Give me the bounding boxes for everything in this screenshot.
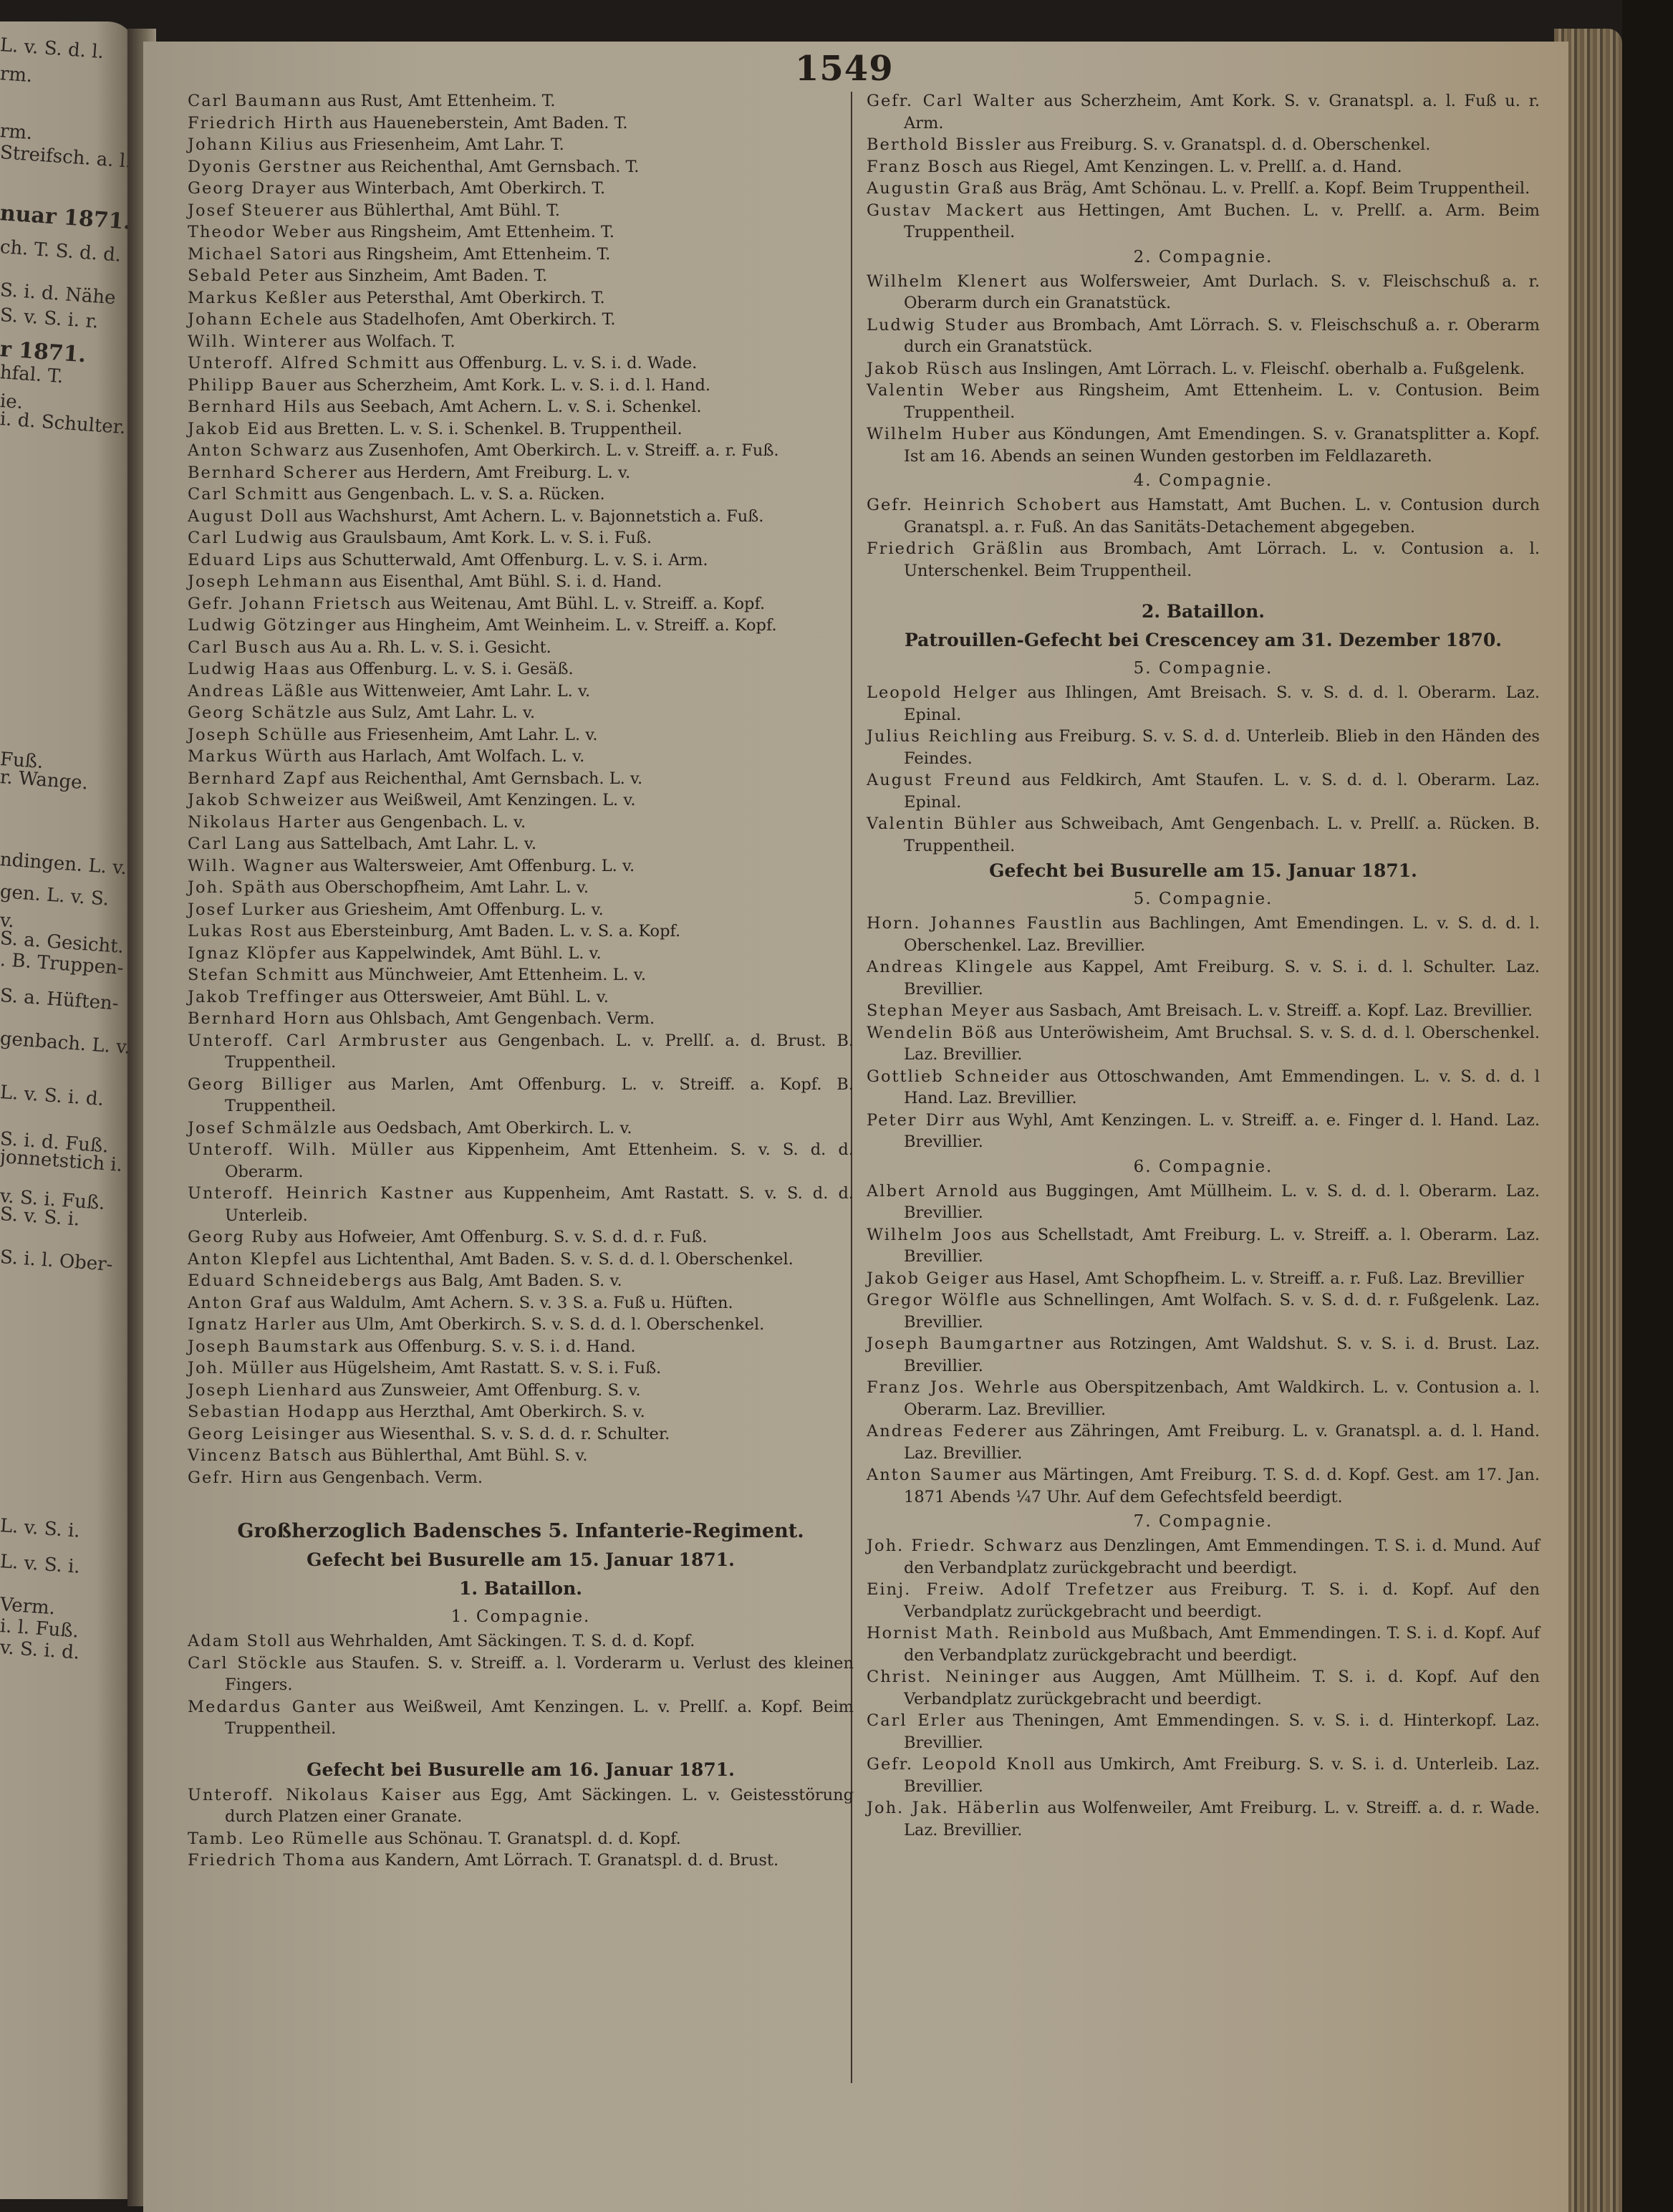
casualty-details: aus Sinzheim, Amt Baden. T. — [314, 266, 547, 285]
casualty-details: aus Unteröwisheim, Amt Bruchsal. S. v. S… — [904, 1024, 1540, 1064]
left-page-text-fragment: L. v. S. i. — [0, 1551, 81, 1578]
casualty-entry: Hornist Math. Reinbold aus Mußbach, Amt … — [867, 1622, 1540, 1666]
casualty-details: aus Ringsheim, Amt Ettenheim. T. — [337, 223, 614, 241]
casualty-entry: Lukas Rost aus Ebersteinburg, Amt Baden.… — [188, 920, 854, 943]
left-page-text-fragment: ch. T. S. d. d. — [0, 236, 122, 266]
casualty-list: Gefr. Heinrich Schobert aus Hamstatt, Am… — [867, 494, 1540, 582]
casualty-entry: Friedrich Thoma aus Kandern, Amt Lörrach… — [188, 1850, 854, 1872]
casualty-entry: Eduard Lips aus Schutterwald, Amt Offenb… — [188, 549, 854, 572]
casualty-details: aus Bretten. L. v. S. i. Schenkel. B. Tr… — [284, 420, 682, 438]
soldier-name: Friedrich Thoma — [188, 1851, 346, 1870]
casualty-list: Albert Arnold aus Buggingen, Amt Müllhei… — [867, 1180, 1540, 1509]
casualty-details: aus Gengenbach. Verm. — [289, 1468, 483, 1487]
casualty-entry: Unteroff. Heinrich Kastner aus Kuppenhei… — [188, 1183, 854, 1226]
casualty-entry: Philipp Bauer aus Scherzheim, Amt Kork. … — [188, 375, 854, 397]
casualty-details: aus Reichenthal, Amt Gernsbach. T. — [347, 158, 639, 176]
casualty-entry: Ignaz Klöpfer aus Kappelwindek, Amt Bühl… — [188, 943, 854, 965]
soldier-name: Sebastian Hodapp — [188, 1403, 360, 1421]
soldier-name: Georg Billiger — [188, 1075, 333, 1094]
soldier-name: Gregor Wölfle — [867, 1291, 1001, 1309]
casualty-details: aus Reichenthal, Amt Gernsbach. L. v. — [331, 769, 642, 788]
soldier-name: Joseph Lienhard — [188, 1381, 342, 1400]
casualty-entry: Anton Schwarz aus Zusenhofen, Amt Oberki… — [188, 440, 854, 462]
soldier-name: Gefr. Hirn — [188, 1468, 284, 1487]
casualty-details: aus Winterbach, Amt Oberkirch. T. — [322, 179, 605, 198]
casualty-entry: Josef Steuerer aus Bühlerthal, Amt Bühl.… — [188, 200, 854, 222]
casualty-entry: Ludwig Haas aus Offenburg. L. v. S. i. G… — [188, 658, 854, 681]
soldier-name: Unteroff. Heinrich Kastner — [188, 1184, 454, 1203]
soldier-name: Jakob Treffinger — [188, 988, 344, 1006]
soldier-name: Carl Lang — [188, 835, 281, 853]
casualty-details: aus Sasbach, Amt Breisach. L. v. Streiff… — [1016, 1001, 1533, 1020]
casualty-entry: Vincenz Batsch aus Bühlerthal, Amt Bühl.… — [188, 1445, 854, 1467]
soldier-name: Adam Stoll — [188, 1632, 291, 1650]
soldier-name: Horn. Johannes Faustlin — [867, 914, 1104, 933]
casualty-details: aus Rust, Amt Ettenheim. T. — [327, 92, 556, 110]
soldier-name: Friedrich Gräßlin — [867, 539, 1044, 558]
soldier-name: Gottlieb Schneider — [867, 1067, 1051, 1086]
casualty-entry: Anton Klepfel aus Lichtenthal, Amt Baden… — [188, 1249, 854, 1271]
soldier-name: Johann Kilius — [188, 135, 314, 154]
casualty-list: Adam Stoll aus Wehrhalden, Amt Säckingen… — [188, 1630, 854, 1740]
soldier-name: Joh. Friedr. Schwarz — [867, 1537, 1064, 1555]
left-page-text-fragment: nuar 1871. — [0, 201, 132, 235]
casualty-entry: Gefr. Johann Frietsch aus Weitenau, Amt … — [188, 593, 854, 615]
soldier-name: Gefr. Heinrich Schobert — [867, 496, 1102, 514]
casualty-entry: Unteroff. Carl Armbruster aus Gengenbach… — [188, 1030, 854, 1074]
left-page-text-fragment: L. v. S. d. l. — [0, 34, 105, 63]
soldier-name: Gustav Mackert — [867, 201, 1025, 220]
casualty-details: aus Au a. Rh. L. v. S. i. Gesicht. — [297, 638, 551, 657]
casualty-details: aus Wittenweier, Amt Lahr. L. v. — [329, 682, 590, 701]
casualty-entry: Gustav Mackert aus Hettingen, Amt Buchen… — [867, 200, 1540, 244]
casualty-entry: Stefan Schmitt aus Münchweier, Amt Etten… — [188, 964, 854, 986]
battle-heading: Patrouillen-Gefecht bei Crescencey am 31… — [867, 626, 1540, 655]
soldier-name: Wilh. Winterer — [188, 332, 328, 351]
casualty-entry: Joh. Friedr. Schwarz aus Denzlingen, Amt… — [867, 1535, 1540, 1579]
casualty-entry: Georg Schätzle aus Sulz, Amt Lahr. L. v. — [188, 702, 854, 724]
casualty-details: aus Inslingen, Amt Lörrach. L. v. Fleisc… — [988, 360, 1525, 378]
casualty-entry: Unteroff. Alfred Schmitt aus Offenburg. … — [188, 352, 854, 375]
casualty-entry: Joh. Müller aus Hügelsheim, Amt Rastatt.… — [188, 1357, 854, 1380]
casualty-entry: Josef Lurker aus Griesheim, Amt Offenbur… — [188, 899, 854, 921]
soldier-name: August Freund — [867, 771, 1012, 789]
casualty-details: aus Wolfach. T. — [333, 332, 455, 351]
casualty-entry: Sebastian Hodapp aus Herzthal, Amt Oberk… — [188, 1401, 854, 1423]
soldier-name: Theodor Weber — [188, 223, 332, 241]
casualty-details: aus Buggingen, Amt Müllheim. L. v. S. d.… — [904, 1182, 1540, 1223]
soldier-name: Johann Echele — [188, 310, 324, 329]
soldier-name: Joseph Baumgartner — [867, 1335, 1064, 1353]
casualty-entry: Bernhard Horn aus Ohlsbach, Amt Gengenba… — [188, 1008, 854, 1030]
soldier-name: Georg Schätzle — [188, 703, 332, 722]
casualty-entry: Eduard Schneidebergs aus Balg, Amt Baden… — [188, 1270, 854, 1292]
soldier-name: Bernhard Horn — [188, 1009, 331, 1028]
soldier-name: Joseph Baumstark — [188, 1337, 360, 1356]
soldier-name: Gefr. Johann Frietsch — [188, 595, 392, 613]
soldier-name: Joseph Schülle — [188, 726, 328, 744]
soldier-name: Jakob Rüsch — [867, 360, 983, 378]
casualty-entry: Wilhelm Klenert aus Wolfersweier, Amt Du… — [867, 271, 1540, 314]
casualty-list: Leopold Helger aus Ihlingen, Amt Breisac… — [867, 682, 1540, 857]
soldier-name: Carl Stöckle — [188, 1654, 308, 1673]
soldier-name: Gefr. Carl Walter — [867, 92, 1036, 110]
book-scan-scene: L. v. S. d. l.rm.rm.Streifsch. a. l.nuar… — [0, 0, 1673, 2212]
soldier-name: Stefan Schmitt — [188, 966, 329, 984]
casualty-entry: Tamb. Leo Rümelle aus Schönau. T. Granat… — [188, 1828, 854, 1850]
casualty-entry: Horn. Johannes Faustlin aus Bachlingen, … — [867, 913, 1540, 956]
soldier-name: Jakob Eid — [188, 420, 279, 438]
casualty-entry: Jakob Eid aus Bretten. L. v. S. i. Schen… — [188, 418, 854, 441]
soldier-name: Bernhard Scherer — [188, 463, 358, 482]
casualty-entry: Carl Lang aus Sattelbach, Amt Lahr. L. v… — [188, 833, 854, 855]
casualty-list: Joh. Friedr. Schwarz aus Denzlingen, Amt… — [867, 1535, 1540, 1841]
company-heading: 5. Compagnie. — [867, 885, 1540, 913]
soldier-name: Andreas Klingele — [867, 958, 1034, 976]
casualty-entry: Gefr. Hirn aus Gengenbach. Verm. — [188, 1467, 854, 1489]
casualty-details: aus Ottersweier, Amt Bühl. L. v. — [349, 988, 609, 1006]
page-number: 1549 — [795, 49, 894, 89]
casualty-entry: Bernhard Hils aus Seebach, Amt Achern. L… — [188, 396, 854, 418]
casualty-entry: Leopold Helger aus Ihlingen, Amt Breisac… — [867, 682, 1540, 726]
casualty-entry: Ludwig Studer aus Brombach, Amt Lörrach.… — [867, 314, 1540, 358]
soldier-name: Bernhard Zapf — [188, 769, 326, 788]
document-page: 1549 Carl Baumann aus Rust, Amt Ettenhei… — [143, 42, 1568, 2212]
company-heading: 1. Compagnie. — [188, 1603, 854, 1630]
casualty-details: aus Wehrhalden, Amt Säckingen. T. S. d. … — [296, 1632, 695, 1650]
casualty-entry: Anton Graf aus Waldulm, Amt Achern. S. v… — [188, 1292, 854, 1314]
soldier-name: Ignatz Harler — [188, 1315, 317, 1334]
casualty-entry: Franz Jos. Wehrle aus Oberspitzenbach, A… — [867, 1377, 1540, 1420]
casualty-entry: Joh. Jak. Häberlin aus Wolfenweiler, Amt… — [867, 1797, 1540, 1841]
casualty-details: aus Offenburg. L. v. S. i. d. Wade. — [425, 354, 697, 372]
casualty-entry: Unteroff. Wilh. Müller aus Kippenheim, A… — [188, 1139, 854, 1183]
soldier-name: Wilhelm Huber — [867, 425, 1011, 443]
casualty-entry: Wilhelm Joos aus Schellstadt, Amt Freibu… — [867, 1224, 1540, 1268]
casualty-details: aus Staufen. S. v. Streiff. a. l. Vorder… — [225, 1654, 854, 1695]
casualty-entry: Wilh. Wagner aus Waltersweier, Amt Offen… — [188, 855, 854, 877]
soldier-name: Einj. Freiw. Adolf Trefetzer — [867, 1580, 1154, 1599]
casualty-details: aus Offenburg. L. v. S. i. Gesäß. — [316, 660, 574, 678]
soldier-name: Joh. Jak. Häberlin — [867, 1799, 1041, 1817]
soldier-name: Albert Arnold — [867, 1182, 1000, 1201]
soldier-name: Wilhelm Joos — [867, 1226, 993, 1244]
casualty-details: aus Ebersteinburg, Amt Baden. L. v. S. a… — [297, 922, 680, 941]
casualty-details: aus Theningen, Amt Emmendingen. S. v. S.… — [904, 1711, 1540, 1752]
soldier-name: Markus Würth — [188, 747, 323, 766]
casualty-entry: Georg Billiger aus Marlen, Amt Offenburg… — [188, 1074, 854, 1117]
company-heading: 6. Compagnie. — [867, 1153, 1540, 1180]
casualty-entry: Bernhard Scherer aus Herdern, Amt Freibu… — [188, 462, 854, 484]
left-page-text-fragment: ndingen. L. v. — [0, 849, 127, 879]
soldier-name: Georg Leisinger — [188, 1425, 341, 1443]
casualty-entry: Medardus Ganter aus Weißweil, Amt Kenzin… — [188, 1696, 854, 1740]
right-column: Gefr. Carl Walter aus Scherzheim, Amt Ko… — [867, 90, 1540, 1841]
casualty-list: Horn. Johannes Faustlin aus Bachlingen, … — [867, 913, 1540, 1153]
soldier-name: Bernhard Hils — [188, 398, 322, 416]
casualty-details: aus Kandern, Amt Lörrach. T. Granatspl. … — [351, 1851, 778, 1870]
casualty-entry: Unteroff. Nikolaus Kaiser aus Egg, Amt S… — [188, 1784, 854, 1828]
casualty-entry: Wilhelm Huber aus Köndungen, Amt Emendin… — [867, 423, 1540, 467]
book-cover-edge — [1622, 0, 1673, 2212]
left-page-text-fragment: Streifsch. a. l. — [0, 142, 132, 173]
soldier-name: Georg Ruby — [188, 1228, 299, 1246]
soldier-name: Ludwig Götzinger — [188, 616, 357, 635]
soldier-name: Medardus Ganter — [188, 1698, 357, 1716]
casualty-details: aus Sulz, Amt Lahr. L. v. — [338, 703, 536, 722]
casualty-details: aus Oberschopfheim, Amt Lahr. L. v. — [291, 878, 589, 897]
casualty-entry: Michael Satori aus Ringsheim, Amt Ettenh… — [188, 244, 854, 266]
casualty-entry: Friedrich Hirth aus Haueneberstein, Amt … — [188, 112, 854, 135]
casualty-entry: Albert Arnold aus Buggingen, Amt Müllhei… — [867, 1180, 1540, 1224]
casualty-details: aus Friesenheim, Amt Lahr. T. — [319, 135, 564, 154]
soldier-name: Unteroff. Wilh. Müller — [188, 1140, 414, 1159]
casualty-entry: Gefr. Carl Walter aus Scherzheim, Amt Ko… — [867, 90, 1540, 134]
soldier-name: Carl Erler — [867, 1711, 967, 1730]
casualty-entry: Markus Würth aus Harlach, Amt Wolfach. L… — [188, 746, 854, 768]
casualty-entry: Jakob Treffinger aus Ottersweier, Amt Bü… — [188, 986, 854, 1009]
casualty-entry: Joseph Baumstark aus Offenburg. S. v. S.… — [188, 1336, 854, 1358]
soldier-name: Vincenz Batsch — [188, 1446, 333, 1465]
left-page-text-fragment: gen. L. v. S. — [0, 881, 110, 910]
soldier-name: Carl Busch — [188, 638, 291, 657]
left-page-text-fragment: rm. — [0, 63, 33, 87]
casualty-details: aus Herdern, Amt Freiburg. L. v. — [363, 463, 630, 482]
soldier-name: Tamb. Leo Rümelle — [188, 1829, 369, 1848]
soldier-name: Unteroff. Alfred Schmitt — [188, 354, 420, 372]
left-page-text-fragment: L. v. S. i. — [0, 1515, 81, 1542]
casualty-details: aus Riegel, Amt Kenzingen. L. v. Prellſ.… — [989, 158, 1402, 176]
casualty-entry: Valentin Weber aus Ringsheim, Amt Ettenh… — [867, 380, 1540, 423]
soldier-name: Nikolaus Harter — [188, 813, 342, 832]
casualty-entry: Einj. Freiw. Adolf Trefetzer aus Freibur… — [867, 1579, 1540, 1622]
casualty-entry: Berthold Bissler aus Freiburg. S. v. Gra… — [867, 134, 1540, 156]
soldier-name: Wilh. Wagner — [188, 857, 314, 875]
casualty-details: aus Münchweier, Amt Ettenheim. L. v. — [334, 966, 646, 984]
casualty-list: Gefr. Carl Walter aus Scherzheim, Amt Ko… — [867, 90, 1540, 244]
soldier-name: Eduard Schneidebergs — [188, 1271, 403, 1290]
casualty-details: aus Offenburg. S. v. S. i. d. Hand. — [365, 1337, 636, 1356]
left-page-text-fragment: jonnetstich i. d. — [0, 1146, 136, 1178]
soldier-name: Carl Ludwig — [188, 529, 304, 547]
casualty-details: aus Waltersweier, Amt Offenburg. L. v. — [320, 857, 635, 875]
soldier-name: Joh. Späth — [188, 878, 286, 897]
company-heading: 2. Compagnie. — [867, 244, 1540, 271]
regiment-heading: Großherzoglich Badensches 5. Infanterie-… — [188, 1517, 854, 1546]
left-page-text-fragment: r. Wange. — [0, 766, 89, 794]
casualty-details: aus Weißweil, Amt Kenzingen. L. v. — [350, 791, 636, 809]
previous-page-edge: L. v. S. d. l.rm.rm.Streifsch. a. l.nuar… — [0, 21, 136, 2199]
casualty-entry: Jakob Schweizer aus Weißweil, Amt Kenzin… — [188, 789, 854, 812]
soldier-name: Georg Drayer — [188, 179, 317, 198]
casualty-details: aus Gengenbach. L. v. — [347, 813, 526, 832]
casualty-entry: Andreas Läßle aus Wittenweier, Amt Lahr.… — [188, 681, 854, 703]
casualty-list: Carl Baumann aus Rust, Amt Ettenheim. T.… — [188, 90, 854, 1489]
soldier-name: Carl Baumann — [188, 92, 322, 110]
casualty-details: aus Freiburg. S. v. Granatspl. d. d. Obe… — [1027, 135, 1431, 154]
casualty-details: aus Friesenheim, Amt Lahr. L. v. — [333, 726, 597, 744]
casualty-details: aus Zusenhofen, Amt Oberkirch. L. v. Str… — [335, 441, 779, 460]
casualty-details: aus Graulsbaum, Amt Kork. L. v. S. i. Fu… — [309, 529, 652, 547]
soldier-name: Valentin Weber — [867, 381, 1021, 400]
soldier-name: Anton Graf — [188, 1294, 291, 1312]
left-page-text-fragment: S. a. Hüften- — [0, 985, 120, 1014]
soldier-name: Joseph Lehmann — [188, 572, 344, 591]
soldier-name: Anton Saumer — [867, 1466, 1002, 1484]
casualty-details: aus Balg, Amt Baden. S. v. — [408, 1271, 622, 1290]
casualty-entry: Joseph Lienhard aus Zunsweier, Amt Offen… — [188, 1380, 854, 1402]
soldier-name: Augustin Graß — [867, 179, 1004, 198]
casualty-entry: Jakob Rüsch aus Inslingen, Amt Lörrach. … — [867, 358, 1540, 380]
battle-heading: Gefecht bei Busurelle am 16. Januar 1871… — [188, 1756, 854, 1784]
soldier-name: Franz Jos. Wehrle — [867, 1378, 1041, 1397]
casualty-details: aus Ulm, Amt Oberkirch. S. v. S. d. d. l… — [322, 1315, 764, 1334]
casualty-entry: Carl Schmitt aus Gengenbach. L. v. S. a.… — [188, 484, 854, 506]
casualty-entry: Anton Saumer aus Märtingen, Amt Freiburg… — [867, 1464, 1540, 1508]
soldier-name: Ignaz Klöpfer — [188, 944, 317, 963]
casualty-details: aus Petersthal, Amt Oberkirch. T. — [333, 289, 605, 307]
company-heading: 4. Compagnie. — [867, 467, 1540, 494]
soldier-name: Andreas Läßle — [188, 682, 324, 701]
casualty-entry: August Doll aus Wachshurst, Amt Achern. … — [188, 506, 854, 528]
casualty-entry: Dyonis Gerstner aus Reichenthal, Amt Ger… — [188, 156, 854, 178]
casualty-entry: Friedrich Gräßlin aus Brombach, Amt Lörr… — [867, 538, 1540, 582]
soldier-name: Julius Reichling — [867, 727, 1018, 746]
soldier-name: Carl Schmitt — [188, 485, 309, 504]
casualty-entry: Georg Drayer aus Winterbach, Amt Oberkir… — [188, 178, 854, 200]
soldier-name: Unteroff. Nikolaus Kaiser — [188, 1786, 442, 1804]
casualty-entry: Nikolaus Harter aus Gengenbach. L. v. — [188, 812, 854, 834]
left-page-text-fragment: L. v. S. i. d. — [0, 1082, 105, 1110]
casualty-details: aus Bühlerthal, Amt Bühl. T. — [329, 201, 559, 220]
soldier-name: Valentin Bühler — [867, 814, 1018, 833]
left-page-text-fragment: v. S. i. d. — [0, 1637, 80, 1664]
casualty-details: aus Waldulm, Amt Achern. S. v. 3 S. a. F… — [297, 1294, 733, 1312]
soldier-name: Wilhelm Klenert — [867, 272, 1028, 291]
left-page-text-fragment: hfal. T. — [0, 362, 64, 388]
casualty-entry: Gefr. Heinrich Schobert aus Hamstatt, Am… — [867, 494, 1540, 538]
casualty-entry: Theodor Weber aus Ringsheim, Amt Ettenhe… — [188, 221, 854, 244]
casualty-entry: Johann Echele aus Stadelhofen, Amt Oberk… — [188, 309, 854, 331]
soldier-name: Philipp Bauer — [188, 376, 318, 395]
soldier-name: Wendelin Böß — [867, 1024, 998, 1042]
soldier-name: Ludwig Studer — [867, 316, 1009, 335]
soldier-name: Lukas Rost — [188, 922, 292, 941]
company-heading: 5. Compagnie. — [867, 655, 1540, 682]
soldier-name: Josef Steuerer — [188, 201, 324, 220]
casualty-details: aus Seebach, Amt Achern. L. v. S. i. Sch… — [327, 398, 701, 416]
casualty-details: aus Bühlerthal, Amt Bühl. S. v. — [338, 1446, 588, 1465]
casualty-details: aus Griesheim, Amt Offenburg. L. v. — [311, 900, 604, 919]
casualty-entry: Markus Keßler aus Petersthal, Amt Oberki… — [188, 287, 854, 309]
casualty-details: aus Hügelsheim, Amt Rastatt. S. v. S. i.… — [300, 1359, 662, 1377]
casualty-entry: Stephan Meyer aus Sasbach, Amt Breisach.… — [867, 1000, 1540, 1022]
casualty-entry: Carl Stöckle aus Staufen. S. v. Streiff.… — [188, 1653, 854, 1696]
casualty-entry: Ludwig Götzinger aus Hingheim, Amt Weinh… — [188, 615, 854, 637]
soldier-name: Gefr. Leopold Knoll — [867, 1755, 1056, 1774]
battle-heading: Gefecht bei Busurelle am 15. Januar 1871… — [188, 1546, 854, 1574]
left-page-text-fragment: S. i. d. Nähe — [0, 279, 116, 309]
casualty-details: aus Lichtenthal, Amt Baden. S. v. S. d. … — [323, 1250, 794, 1269]
left-page-text-fragment: i. d. Schulter. — [0, 408, 126, 438]
battalion-heading: 1. Bataillon. — [188, 1574, 854, 1603]
soldier-name: Michael Satori — [188, 245, 328, 264]
casualty-entry: Christ. Neininger aus Auggen, Amt Müllhe… — [867, 1666, 1540, 1710]
casualty-details: aus Zunsweier, Amt Offenburg. S. v. — [348, 1381, 641, 1400]
soldier-name: Ludwig Haas — [188, 660, 311, 678]
casualty-entry: Wendelin Böß aus Unteröwisheim, Amt Bruc… — [867, 1022, 1540, 1066]
casualty-entry: Joh. Späth aus Oberschopfheim, Amt Lahr.… — [188, 877, 854, 899]
company-heading: 7. Compagnie. — [867, 1508, 1540, 1535]
left-page-text-fragment: S. i. l. Ober- — [0, 1246, 113, 1276]
casualty-details: aus Eisenthal, Amt Bühl. S. i. d. Hand. — [349, 572, 662, 591]
soldier-name: Franz Bosch — [867, 158, 984, 176]
battle-heading: Gefecht bei Busurelle am 15. Januar 1871… — [867, 857, 1540, 885]
casualty-details: aus Harlach, Amt Wolfach. L. v. — [328, 747, 584, 766]
soldier-name: Christ. Neininger — [867, 1668, 1041, 1686]
left-page-text-fragment: genbach. L. v. — [0, 1028, 131, 1059]
soldier-name: Josef Schmälzle — [188, 1119, 338, 1138]
casualty-details: aus Hofweier, Amt Offenburg. S. v. S. d.… — [304, 1228, 708, 1246]
casualty-details: aus Sattelbach, Amt Lahr. L. v. — [286, 835, 536, 853]
soldier-name: Hornist Math. Reinbold — [867, 1624, 1091, 1643]
left-page-text-fragment: S. v. S. i. — [0, 1203, 80, 1231]
soldier-name: Eduard Lips — [188, 551, 303, 569]
casualty-entry: Augustin Graß aus Bräg, Amt Schönau. L. … — [867, 178, 1540, 200]
casualty-details: aus Bräg, Amt Schönau. L. v. Prellſ. a. … — [1009, 179, 1530, 198]
soldier-name: Peter Dirr — [867, 1111, 965, 1130]
casualty-details: aus Kappelwindek, Amt Bühl. L. v. — [322, 944, 602, 963]
soldier-name: Anton Schwarz — [188, 441, 330, 460]
casualty-entry: Bernhard Zapf aus Reichenthal, Amt Gerns… — [188, 768, 854, 790]
casualty-details: aus Hingheim, Amt Weinheim. L. v. Streif… — [362, 616, 777, 635]
casualty-entry: Adam Stoll aus Wehrhalden, Amt Säckingen… — [188, 1630, 854, 1653]
casualty-entry: Gefr. Leopold Knoll aus Umkirch, Amt Fre… — [867, 1754, 1540, 1797]
casualty-details: aus Gengenbach. L. v. S. a. Rücken. — [314, 485, 605, 504]
casualty-entry: Wilh. Winterer aus Wolfach. T. — [188, 331, 854, 353]
casualty-entry: Johann Kilius aus Friesenheim, Amt Lahr.… — [188, 134, 854, 156]
soldier-name: Jakob Schweizer — [188, 791, 344, 809]
casualty-entry: Andreas Federer aus Zähringen, Amt Freib… — [867, 1420, 1540, 1464]
soldier-name: Dyonis Gerstner — [188, 158, 342, 176]
casualty-entry: Georg Leisinger aus Wiesenthal. S. v. S.… — [188, 1423, 854, 1446]
casualty-details: aus Wiesenthal. S. v. S. d. d. r. Schult… — [346, 1425, 670, 1443]
casualty-entry: Carl Ludwig aus Graulsbaum, Amt Kork. L.… — [188, 527, 854, 549]
soldier-name: Markus Keßler — [188, 289, 328, 307]
casualty-details: aus Ringsheim, Amt Ettenheim. T. — [333, 245, 610, 264]
casualty-entry: Jakob Geiger aus Hasel, Amt Schopfheim. … — [867, 1268, 1540, 1290]
casualty-details: aus Haueneberstein, Amt Baden. T. — [339, 114, 628, 133]
casualty-details: aus Schellstadt, Amt Freiburg. L. v. Str… — [904, 1226, 1540, 1266]
soldier-name: Stephan Meyer — [867, 1001, 1011, 1020]
casualty-details: aus Herzthal, Amt Oberkirch. S. v. — [365, 1403, 645, 1421]
casualty-entry: Ignatz Harler aus Ulm, Amt Oberkirch. S.… — [188, 1314, 854, 1336]
casualty-entry: Joseph Schülle aus Friesenheim, Amt Lahr… — [188, 724, 854, 746]
casualty-details: aus Wyhl, Amt Kenzingen. L. v. Streiff. … — [904, 1111, 1540, 1152]
left-page-text-fragment: rm. — [0, 120, 33, 144]
soldier-name: Joh. Müller — [188, 1359, 294, 1377]
casualty-entry: Josef Schmälzle aus Oedsbach, Amt Oberki… — [188, 1117, 854, 1140]
soldier-name: Jakob Geiger — [867, 1269, 990, 1288]
casualty-details: aus Stadelhofen, Amt Oberkirch. T. — [329, 310, 615, 329]
casualty-entry: Carl Busch aus Au a. Rh. L. v. S. i. Ges… — [188, 637, 854, 659]
soldier-name: August Doll — [188, 507, 299, 526]
casualty-entry: Joseph Lehmann aus Eisenthal, Amt Bühl. … — [188, 571, 854, 593]
casualty-details: aus Ohlsbach, Amt Gengenbach. Verm. — [336, 1009, 655, 1028]
casualty-entry: Julius Reichling aus Freiburg. S. v. S. … — [867, 726, 1540, 769]
casualty-entry: Carl Erler aus Theningen, Amt Emmendinge… — [867, 1710, 1540, 1754]
casualty-entry: Valentin Bühler aus Schweibach, Amt Geng… — [867, 813, 1540, 857]
